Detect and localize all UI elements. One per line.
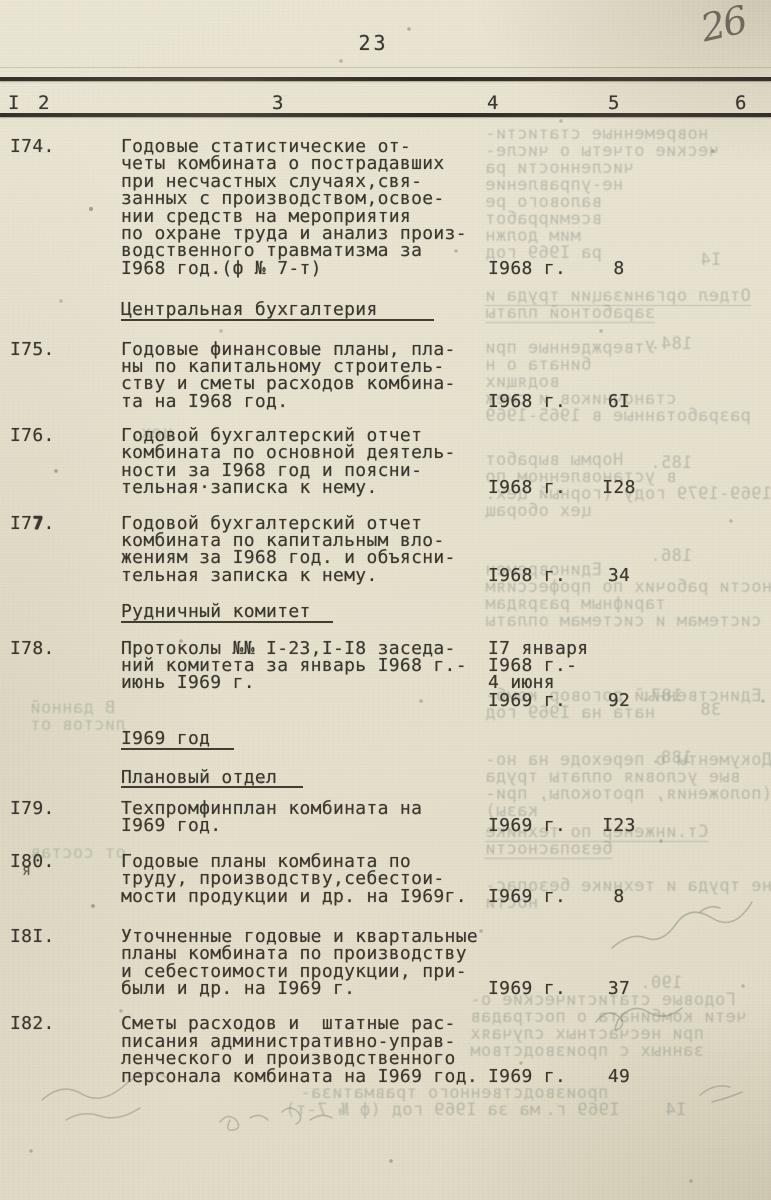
paper-specks [0, 0, 2, 2]
document-page: новременные статисти-ческие отчеты о чис… [0, 0, 771, 1200]
handwriting-smudges [0, 0, 771, 1200]
